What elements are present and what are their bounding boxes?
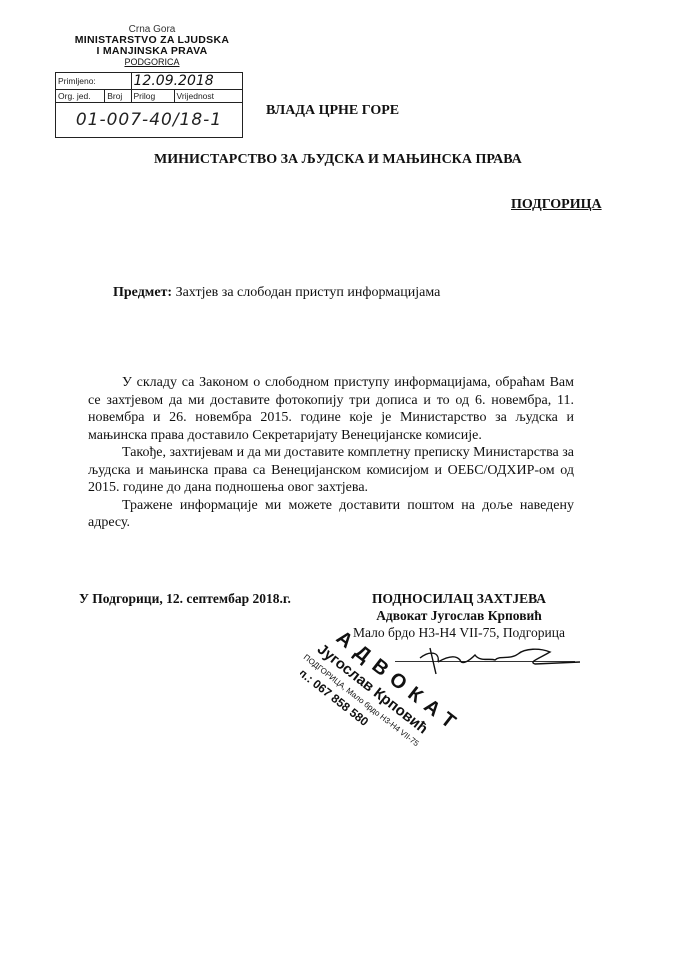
subject-line: Предмет: Захтјев за слободан приступ инф… xyxy=(113,285,440,301)
col-number: Broj xyxy=(105,90,131,103)
body-paragraph: У складу са Законом о слободном приступу… xyxy=(88,374,574,444)
body-paragraph: Тражене информације ми можете доставити … xyxy=(88,497,574,532)
subject-label: Предмет: xyxy=(113,285,172,300)
received-label: Primljeno: xyxy=(56,73,132,90)
col-value: Vrijednost xyxy=(174,90,242,103)
reference-number: 01-007-40/18-1 xyxy=(56,103,243,138)
letter-body: У складу са Законом о слободном приступу… xyxy=(88,374,574,532)
col-attachment: Prilog xyxy=(131,90,174,103)
ministry-heading: МИНИСТАРСТВО ЗА ЉУДСКА И МАЊИНСКА ПРАВА xyxy=(154,152,522,168)
signatory-title: ПОДНОСИЛАЦ ЗАХТЈЕВА xyxy=(324,590,594,607)
stamp-ministry-line2: I MANJINSKA PRAVA xyxy=(52,46,252,57)
registry-stamp-header: Crna Gora MINISTARSTVO ZA LJUDSKA I MANJ… xyxy=(52,24,252,68)
stamp-address: ПОДГОРИЦА, Мало брдо Н3-Н4 VII-75 xyxy=(302,653,421,749)
lawyer-stamp: АДВОКАТ Југослав Крповић ПОДГОРИЦА, Мало… xyxy=(300,630,490,770)
col-org-unit: Org. jed. xyxy=(56,90,105,103)
registry-stamp-table: Primljeno: 12.09.2018 Org. jed. Broj Pri… xyxy=(55,72,243,138)
city-heading: ПОДГОРИЦА xyxy=(511,197,602,213)
government-heading: ВЛАДА ЦРНЕ ГОРЕ xyxy=(266,103,399,119)
body-paragraph: Такође, захтијевам и да ми доставите ком… xyxy=(88,444,574,497)
received-date: 12.09.2018 xyxy=(131,73,242,90)
subject-text: Захтјев за слободан приступ информацијам… xyxy=(176,285,441,300)
place-date: У Подгорици, 12. септембар 2018.г. xyxy=(79,591,291,607)
stamp-title: АДВОКАТ xyxy=(332,630,466,738)
stamp-city: PODGORICA xyxy=(52,57,252,68)
signatory-name: Адвокат Југослав Крповић xyxy=(324,607,594,624)
